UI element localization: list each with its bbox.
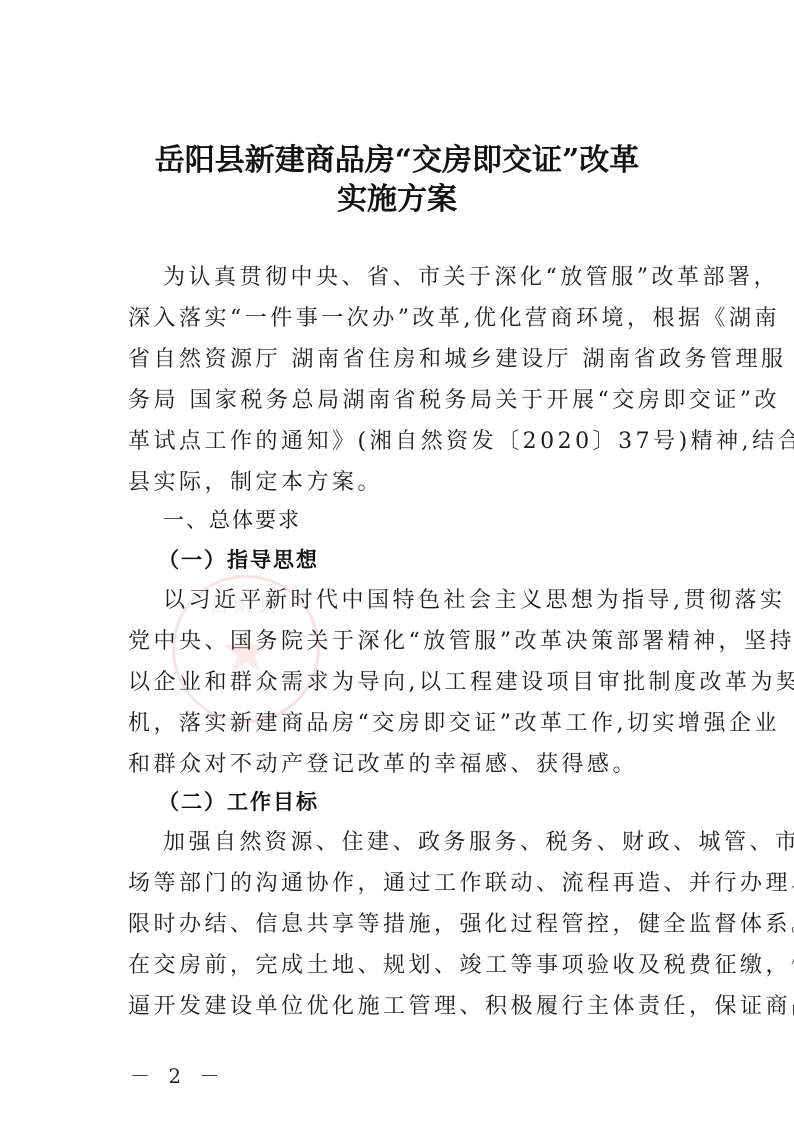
section-heading-general-requirements: 一、总体要求 — [163, 504, 301, 534]
guiding-line-4: 机，落实新建商品房“交房即交证”改革工作,切实增强企业 — [128, 706, 668, 737]
intro-line-6: 县实际，制定本方案。 — [128, 465, 668, 496]
document-title-line-1: 岳阳县新建商品房“交房即交证”改革 — [0, 135, 794, 179]
guiding-line-3: 以企业和群众需求为导向,以工程建设项目审批制度改革为契 — [128, 665, 668, 696]
subsection-heading-guiding-ideology: （一）指导思想 — [158, 544, 319, 574]
guiding-line-5: 和群众对不动产登记改革的幸福感、获得感。 — [128, 747, 668, 778]
intro-line-5: 革试点工作的通知》(湘自然资发〔2020〕37号)精神,结合我 — [128, 424, 668, 455]
intro-line-3: 省自然资源厅 湖南省住房和城乡建设厅 湖南省政务管理服 — [128, 342, 668, 373]
intro-line-2: 深入落实“一件事一次办”改革,优化营商环境，根据《湖南 — [128, 301, 668, 332]
document-title-line-2: 实施方案 — [0, 174, 794, 218]
subsection-heading-work-goals: （二）工作目标 — [158, 786, 319, 816]
intro-line-1: 为认真贯彻中央、省、市关于深化“放管服”改革部署， — [163, 260, 668, 291]
goals-line-1: 加强自然资源、住建、政务服务、税务、财政、城管、市 — [163, 825, 668, 856]
guiding-line-2: 党中央、国务院关于深化“放管服”改革决策部署精神，坚持 — [128, 624, 668, 655]
goals-line-5: 逼开发建设单位优化施工管理、积极履行主体责任，保证商品 — [128, 989, 668, 1020]
goals-line-2: 场等部门的沟通协作，通过工作联动、流程再造、并行办理、 — [128, 866, 668, 897]
goals-line-4: 在交房前，完成土地、规划、竣工等事项验收及税费征缴，倒 — [128, 948, 668, 979]
goals-line-3: 限时办结、信息共享等措施，强化过程管控，健全监督体系。 — [128, 907, 668, 938]
guiding-line-1: 以习近平新时代中国特色社会主义思想为指导,贯彻落实 — [163, 583, 668, 614]
intro-line-4: 务局 国家税务总局湖南省税务局关于开展“交房即交证”改 — [128, 383, 668, 414]
page-number: － 2 － — [130, 1060, 225, 1089]
